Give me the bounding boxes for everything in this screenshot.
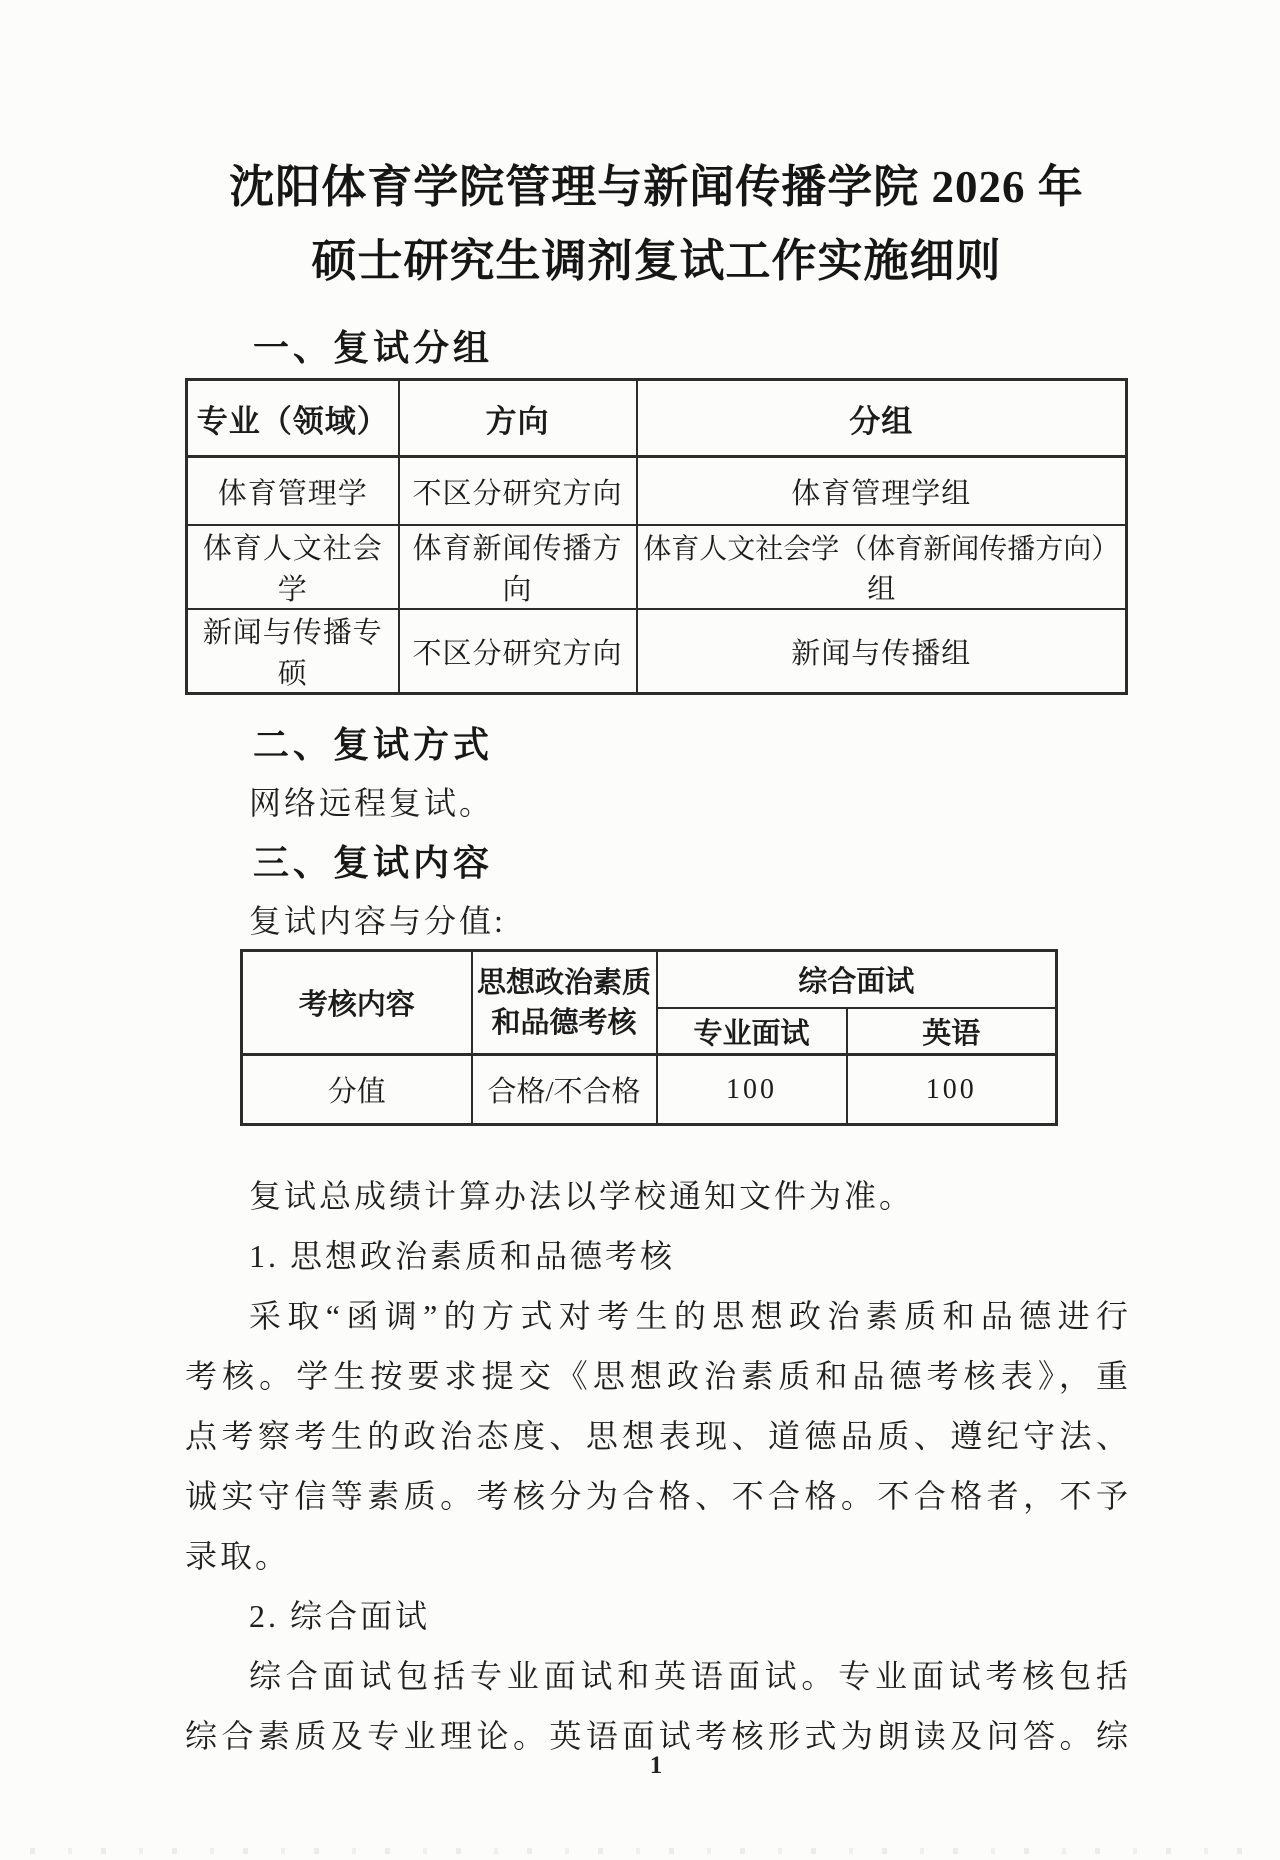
- scan-artifact: [30, 1848, 1250, 1854]
- document-title-line-1: 沈阳体育学院管理与新闻传播学院 2026 年: [185, 150, 1128, 224]
- score-table-value-row: 分值 合格/不合格 100 100: [242, 1055, 1057, 1125]
- regroup-header-direction: 方向: [399, 380, 637, 457]
- note-line: 复试总成绩计算办法以学校通知文件为准。: [185, 1166, 1128, 1226]
- page-content: 沈阳体育学院管理与新闻传播学院 2026 年 硕士研究生调剂复试工作实施细则 一…: [185, 0, 1128, 1780]
- para1-line: 录取。: [185, 1526, 1128, 1586]
- table-cell: 100: [657, 1055, 847, 1125]
- para1-line: 考核。学生按要求提交《思想政治素质和品德考核表》，重: [185, 1346, 1128, 1406]
- score-header-interview-group: 综合面试: [657, 951, 1057, 1009]
- regroup-header-major: 专业（领域）: [187, 380, 399, 457]
- regroup-table-header-row: 专业（领域） 方向 分组: [187, 380, 1127, 457]
- para1-line: 诚实守信等素质。考核分为合格、不合格。不合格者，不予: [185, 1466, 1128, 1526]
- regroup-table: 专业（领域） 方向 分组 体育管理学 不区分研究方向 体育管理学组 体育人文社会…: [185, 378, 1128, 695]
- table-cell: 体育新闻传播方向: [399, 525, 637, 609]
- table-cell: 分值: [242, 1055, 472, 1125]
- score-header-political: 思想政治素质 和品德考核: [472, 951, 657, 1055]
- table-cell: 体育人文社会学: [187, 525, 399, 609]
- table-cell: 体育管理学: [187, 457, 399, 526]
- method-body-text: 网络远程复试。: [185, 779, 1128, 827]
- regroup-table-row: 体育人文社会学 体育新闻传播方向 体育人文社会学（体育新闻传播方向）组: [187, 525, 1127, 609]
- table-cell: 新闻与传播专硕: [187, 609, 399, 694]
- score-header-political-line-1: 思想政治素质: [477, 963, 652, 1003]
- score-subheader-english: 英语: [847, 1008, 1057, 1055]
- section-heading-content: 三、复试内容: [185, 839, 1128, 887]
- table-cell: 合格/不合格: [472, 1055, 657, 1125]
- document-title: 沈阳体育学院管理与新闻传播学院 2026 年 硕士研究生调剂复试工作实施细则: [185, 150, 1128, 298]
- body-paragraphs: 复试总成绩计算办法以学校通知文件为准。 1. 思想政治素质和品德考核 采取“函调…: [185, 1166, 1128, 1766]
- para1-line: 采取“函调”的方式对考生的思想政治素质和品德进行: [185, 1286, 1128, 1346]
- table-cell: 体育管理学组: [637, 457, 1127, 526]
- section-heading-method: 二、复试方式: [185, 721, 1128, 769]
- table-cell: 100: [847, 1055, 1057, 1125]
- section-heading-regroup: 一、复试分组: [185, 324, 1128, 372]
- content-lead-text: 复试内容与分值:: [185, 897, 1128, 945]
- regroup-header-group: 分组: [637, 380, 1127, 457]
- item1-heading: 1. 思想政治素质和品德考核: [185, 1226, 1128, 1286]
- document-page: 沈阳体育学院管理与新闻传播学院 2026 年 硕士研究生调剂复试工作实施细则 一…: [0, 0, 1280, 1860]
- table-cell: 新闻与传播组: [637, 609, 1127, 694]
- item2-heading: 2. 综合面试: [185, 1586, 1128, 1646]
- regroup-table-row: 新闻与传播专硕 不区分研究方向 新闻与传播组: [187, 609, 1127, 694]
- score-header-content: 考核内容: [242, 951, 472, 1055]
- score-table-header-row-1: 考核内容 思想政治素质 和品德考核 综合面试: [242, 951, 1057, 1009]
- para2-line: 综合面试包括专业面试和英语面试。专业面试考核包括: [185, 1646, 1128, 1706]
- score-header-political-line-2: 和品德考核: [477, 1003, 652, 1043]
- table-cell: 不区分研究方向: [399, 457, 637, 526]
- score-table: 考核内容 思想政治素质 和品德考核 综合面试 专业面试 英语 分值 合格/不合格…: [240, 949, 1058, 1126]
- table-cell: 体育人文社会学（体育新闻传播方向）组: [637, 525, 1127, 609]
- document-title-line-2: 硕士研究生调剂复试工作实施细则: [185, 224, 1128, 298]
- regroup-table-row: 体育管理学 不区分研究方向 体育管理学组: [187, 457, 1127, 526]
- table-cell: 不区分研究方向: [399, 609, 637, 694]
- score-subheader-professional: 专业面试: [657, 1008, 847, 1055]
- para1-line: 点考察考生的政治态度、思想表现、道德品质、遵纪守法、: [185, 1406, 1128, 1466]
